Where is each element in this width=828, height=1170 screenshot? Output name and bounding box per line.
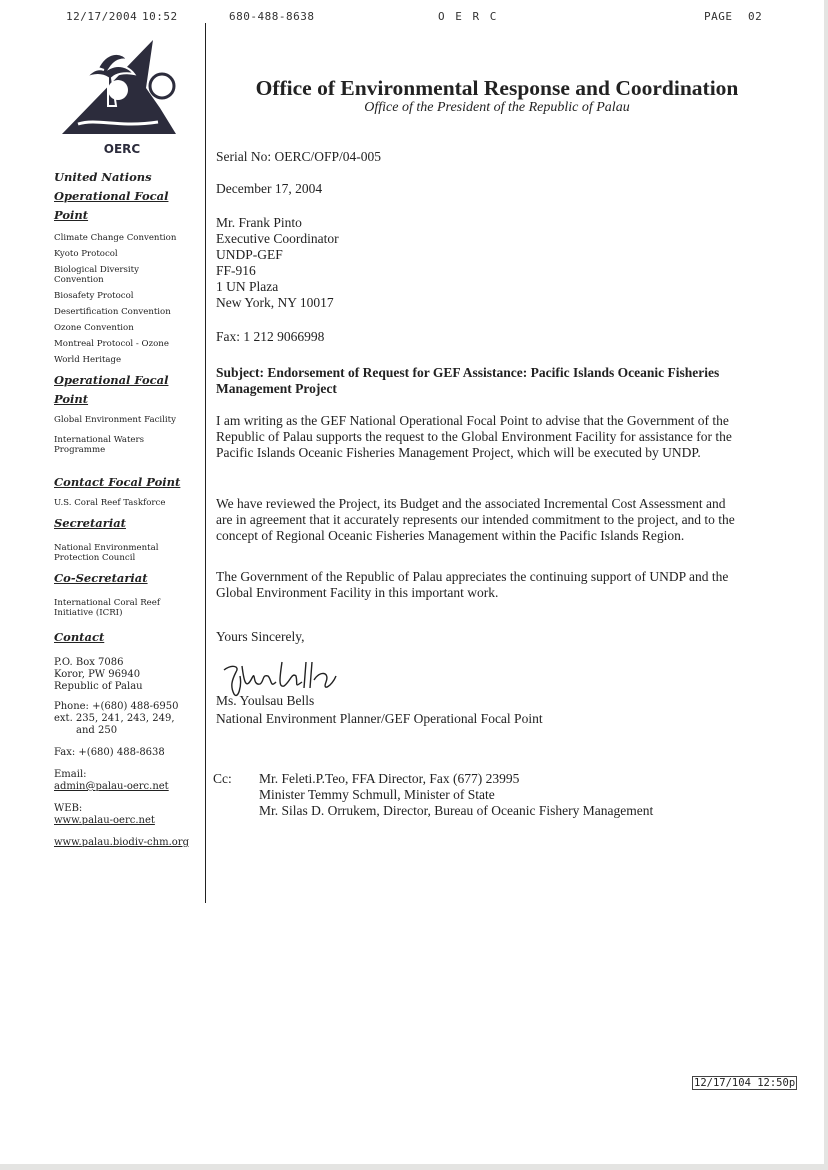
- recipient-line: 1 UN Plaza: [216, 279, 339, 295]
- contact-phone-ext: ext. 235, 241, 243, 249,: [54, 713, 202, 725]
- contact-fax: Fax: +(680) 488-8638: [54, 747, 202, 759]
- sidebar-item: Desertification Convention: [54, 307, 202, 317]
- recipient-line: UNDP-GEF: [216, 247, 339, 263]
- fax-time: 10:52: [142, 10, 178, 23]
- contact-address-line: Republic of Palau: [54, 681, 202, 693]
- recipient-line: FF-916: [216, 263, 339, 279]
- sidebar-item: Kyoto Protocol: [54, 249, 202, 259]
- contact-web-link-2[interactable]: www.palau.biodiv-chm.org: [54, 837, 202, 849]
- sidebar-heading: United Nations: [54, 168, 202, 187]
- sidebar-heading: Operational Focal Point: [54, 187, 202, 225]
- cc-recipient: Mr. Feleti.P.Teo, FFA Director, Fax (677…: [259, 771, 653, 787]
- cc-recipient: Minister Temmy Schmull, Minister of Stat…: [259, 787, 653, 803]
- contact-email-label: Email:: [54, 769, 202, 781]
- fax-page: 12/17/2004 10:52 680-488-8638 O E R C PA…: [0, 0, 824, 1164]
- recipient-fax: Fax: 1 212 9066998: [216, 329, 324, 345]
- sidebar-heading: Co-Secretariat: [54, 569, 202, 588]
- letter-paragraph: The Government of the Republic of Palau …: [216, 569, 736, 601]
- contact-web-link[interactable]: www.palau-oerc.net: [54, 815, 202, 827]
- contact-email-link[interactable]: admin@palau-oerc.net: [54, 781, 202, 793]
- recipient-line: Mr. Frank Pinto: [216, 215, 339, 231]
- signer-title: National Environment Planner/GEF Operati…: [216, 711, 543, 727]
- sidebar-item: Montreal Protocol - Ozone: [54, 339, 202, 349]
- svg-text:OERC: OERC: [104, 142, 141, 156]
- fax-page-label: PAGE: [704, 10, 733, 23]
- oerc-logo-icon: OERC: [58, 38, 186, 156]
- contact-phone: Phone: +(680) 488-6950: [54, 701, 202, 713]
- sidebar-item: U.S. Coral Reef Taskforce: [54, 498, 202, 508]
- sidebar-heading: Contact: [54, 628, 202, 647]
- sidebar-item: International Waters Programme: [54, 435, 154, 455]
- contact-web-label: WEB:: [54, 803, 202, 815]
- sidebar-item: Biological Diversity Convention: [54, 265, 154, 285]
- contact-address-line: Koror, PW 96940: [54, 669, 202, 681]
- sidebar-item: Ozone Convention: [54, 323, 202, 333]
- letter-closing: Yours Sincerely,: [216, 629, 305, 645]
- sidebar-item: Biosafety Protocol: [54, 291, 202, 301]
- letter-subject: Subject: Endorsement of Request for GEF …: [216, 365, 761, 397]
- sidebar-heading: Operational Focal Point: [54, 371, 202, 409]
- contact-address-line: P.O. Box 7086: [54, 657, 202, 669]
- signer-name: Ms. Youlsau Bells: [216, 693, 314, 709]
- sidebar-item: World Heritage: [54, 355, 202, 365]
- sidebar-divider: [205, 23, 206, 903]
- letterhead-title: Office of Environmental Response and Coo…: [212, 76, 782, 101]
- sidebar-item: Climate Change Convention: [54, 233, 202, 243]
- serial-number: Serial No: OERC/OFP/04-005: [216, 149, 381, 165]
- sidebar-heading: Secretariat: [54, 514, 202, 533]
- recipient-line: New York, NY 10017: [216, 295, 339, 311]
- sidebar-item: National Environmental Protection Counci…: [54, 543, 174, 563]
- fax-page-number: 02: [748, 10, 762, 23]
- cc-label: Cc:: [213, 771, 232, 787]
- sidebar: United Nations Operational Focal Point C…: [54, 168, 202, 855]
- cc-recipient: Mr. Silas D. Orrukem, Director, Bureau o…: [259, 803, 653, 819]
- fax-date: 12/17/2004: [66, 10, 137, 23]
- sidebar-item: Global Environment Facility: [54, 415, 202, 425]
- sidebar-item: International Coral Reef Initiative (ICR…: [54, 598, 174, 618]
- fax-phone: 680-488-8638: [229, 10, 314, 23]
- letter-paragraph: I am writing as the GEF National Operati…: [216, 413, 771, 461]
- recipient-address: Mr. Frank Pinto Executive Coordinator UN…: [216, 215, 339, 311]
- contact-phone-ext: and 250: [54, 725, 202, 737]
- recipient-line: Executive Coordinator: [216, 231, 339, 247]
- letter-paragraph: We have reviewed the Project, its Budget…: [216, 496, 736, 544]
- letterhead-subtitle: Office of the President of the Republic …: [212, 100, 782, 116]
- sidebar-heading: Contact Focal Point: [54, 473, 202, 492]
- letter-date: December 17, 2004: [216, 181, 322, 197]
- cc-list: Mr. Feleti.P.Teo, FFA Director, Fax (677…: [259, 771, 653, 819]
- fax-sender: O E R C: [438, 10, 498, 23]
- fax-received-stamp: 12/17/104 12:50p: [692, 1076, 797, 1090]
